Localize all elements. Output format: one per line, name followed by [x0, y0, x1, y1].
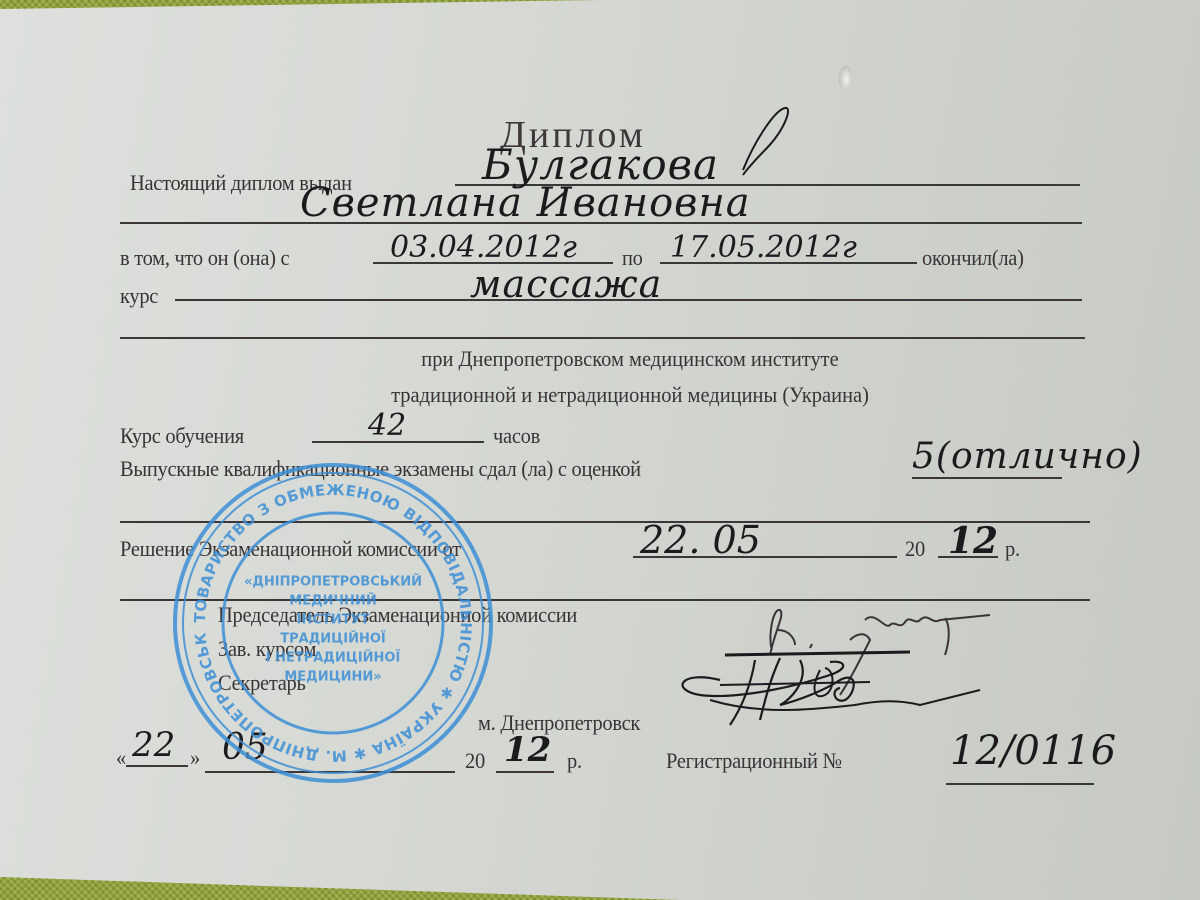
completed-label: окончил(ла): [922, 245, 1024, 271]
registration-underline: [946, 783, 1094, 785]
issue-year-handwritten: 12: [504, 730, 551, 770]
issue-quote-open: «: [116, 745, 126, 771]
institution-line-2: традиционной и нетрадиционной медицины (…: [165, 382, 1095, 408]
hours-label: Курс обучения: [120, 423, 244, 449]
signatures: [660, 600, 1020, 740]
stamp-center-line: МЕДИЦИНИ»: [284, 670, 381, 685]
official-stamp: ТОВАРИСТВО З ОБМЕЖЕНОЮ ВІДПОВІДАЛЬНІСТЮ …: [168, 458, 498, 788]
stamp-center-line: ТРАДИЦІЙНОЇ: [280, 631, 386, 647]
decision-year-handwritten: 12: [948, 520, 998, 562]
stamp-center-line: І НЕТРАДИЦІЙНОЇ: [266, 650, 401, 666]
date-from-handwritten: 03.04.2012г: [390, 230, 577, 265]
diploma-paper: Диплом Настоящий диплом выдан Булгакова …: [0, 0, 1200, 900]
stamp-center-line: «ДНІПРОПЕТРОВСЬКИЙ: [244, 574, 422, 590]
decision-year-end: р.: [1005, 536, 1020, 562]
hours-handwritten: 42: [368, 408, 406, 443]
stamp-center-line: МЕДИЧНИЙ: [289, 593, 376, 609]
issue-year-underline: [496, 771, 554, 773]
decision-date-handwritten: 22. 05: [640, 518, 761, 562]
title-flourish: [735, 100, 795, 180]
exam-grade-underline: [912, 477, 1062, 479]
registration-number-handwritten: 12/0116: [950, 728, 1116, 774]
paper-dent: [838, 64, 852, 90]
course-name-handwritten: массажа: [470, 262, 662, 306]
issue-year-end: р.: [567, 748, 582, 774]
exam-grade-handwritten: 5(отлично): [912, 436, 1143, 477]
given-names-handwritten: Светлана Ивановна: [300, 180, 751, 226]
date-to-handwritten: 17.05.2012г: [670, 230, 857, 265]
stamp-center-line: ІНСТИТУТ: [297, 613, 370, 628]
hours-unit-label: часов: [493, 423, 540, 449]
course-label: курс: [120, 283, 158, 309]
blank-underline: [120, 337, 1085, 339]
period-prefix-label: в том, что он (она) с: [120, 245, 289, 271]
decision-year-prefix: 20: [905, 536, 925, 562]
registration-label: Регистрационный №: [666, 748, 842, 774]
institution-line-1: при Днепропетровском медицинском институ…: [165, 346, 1095, 372]
city-label: м. Днепропетровск: [478, 710, 640, 736]
